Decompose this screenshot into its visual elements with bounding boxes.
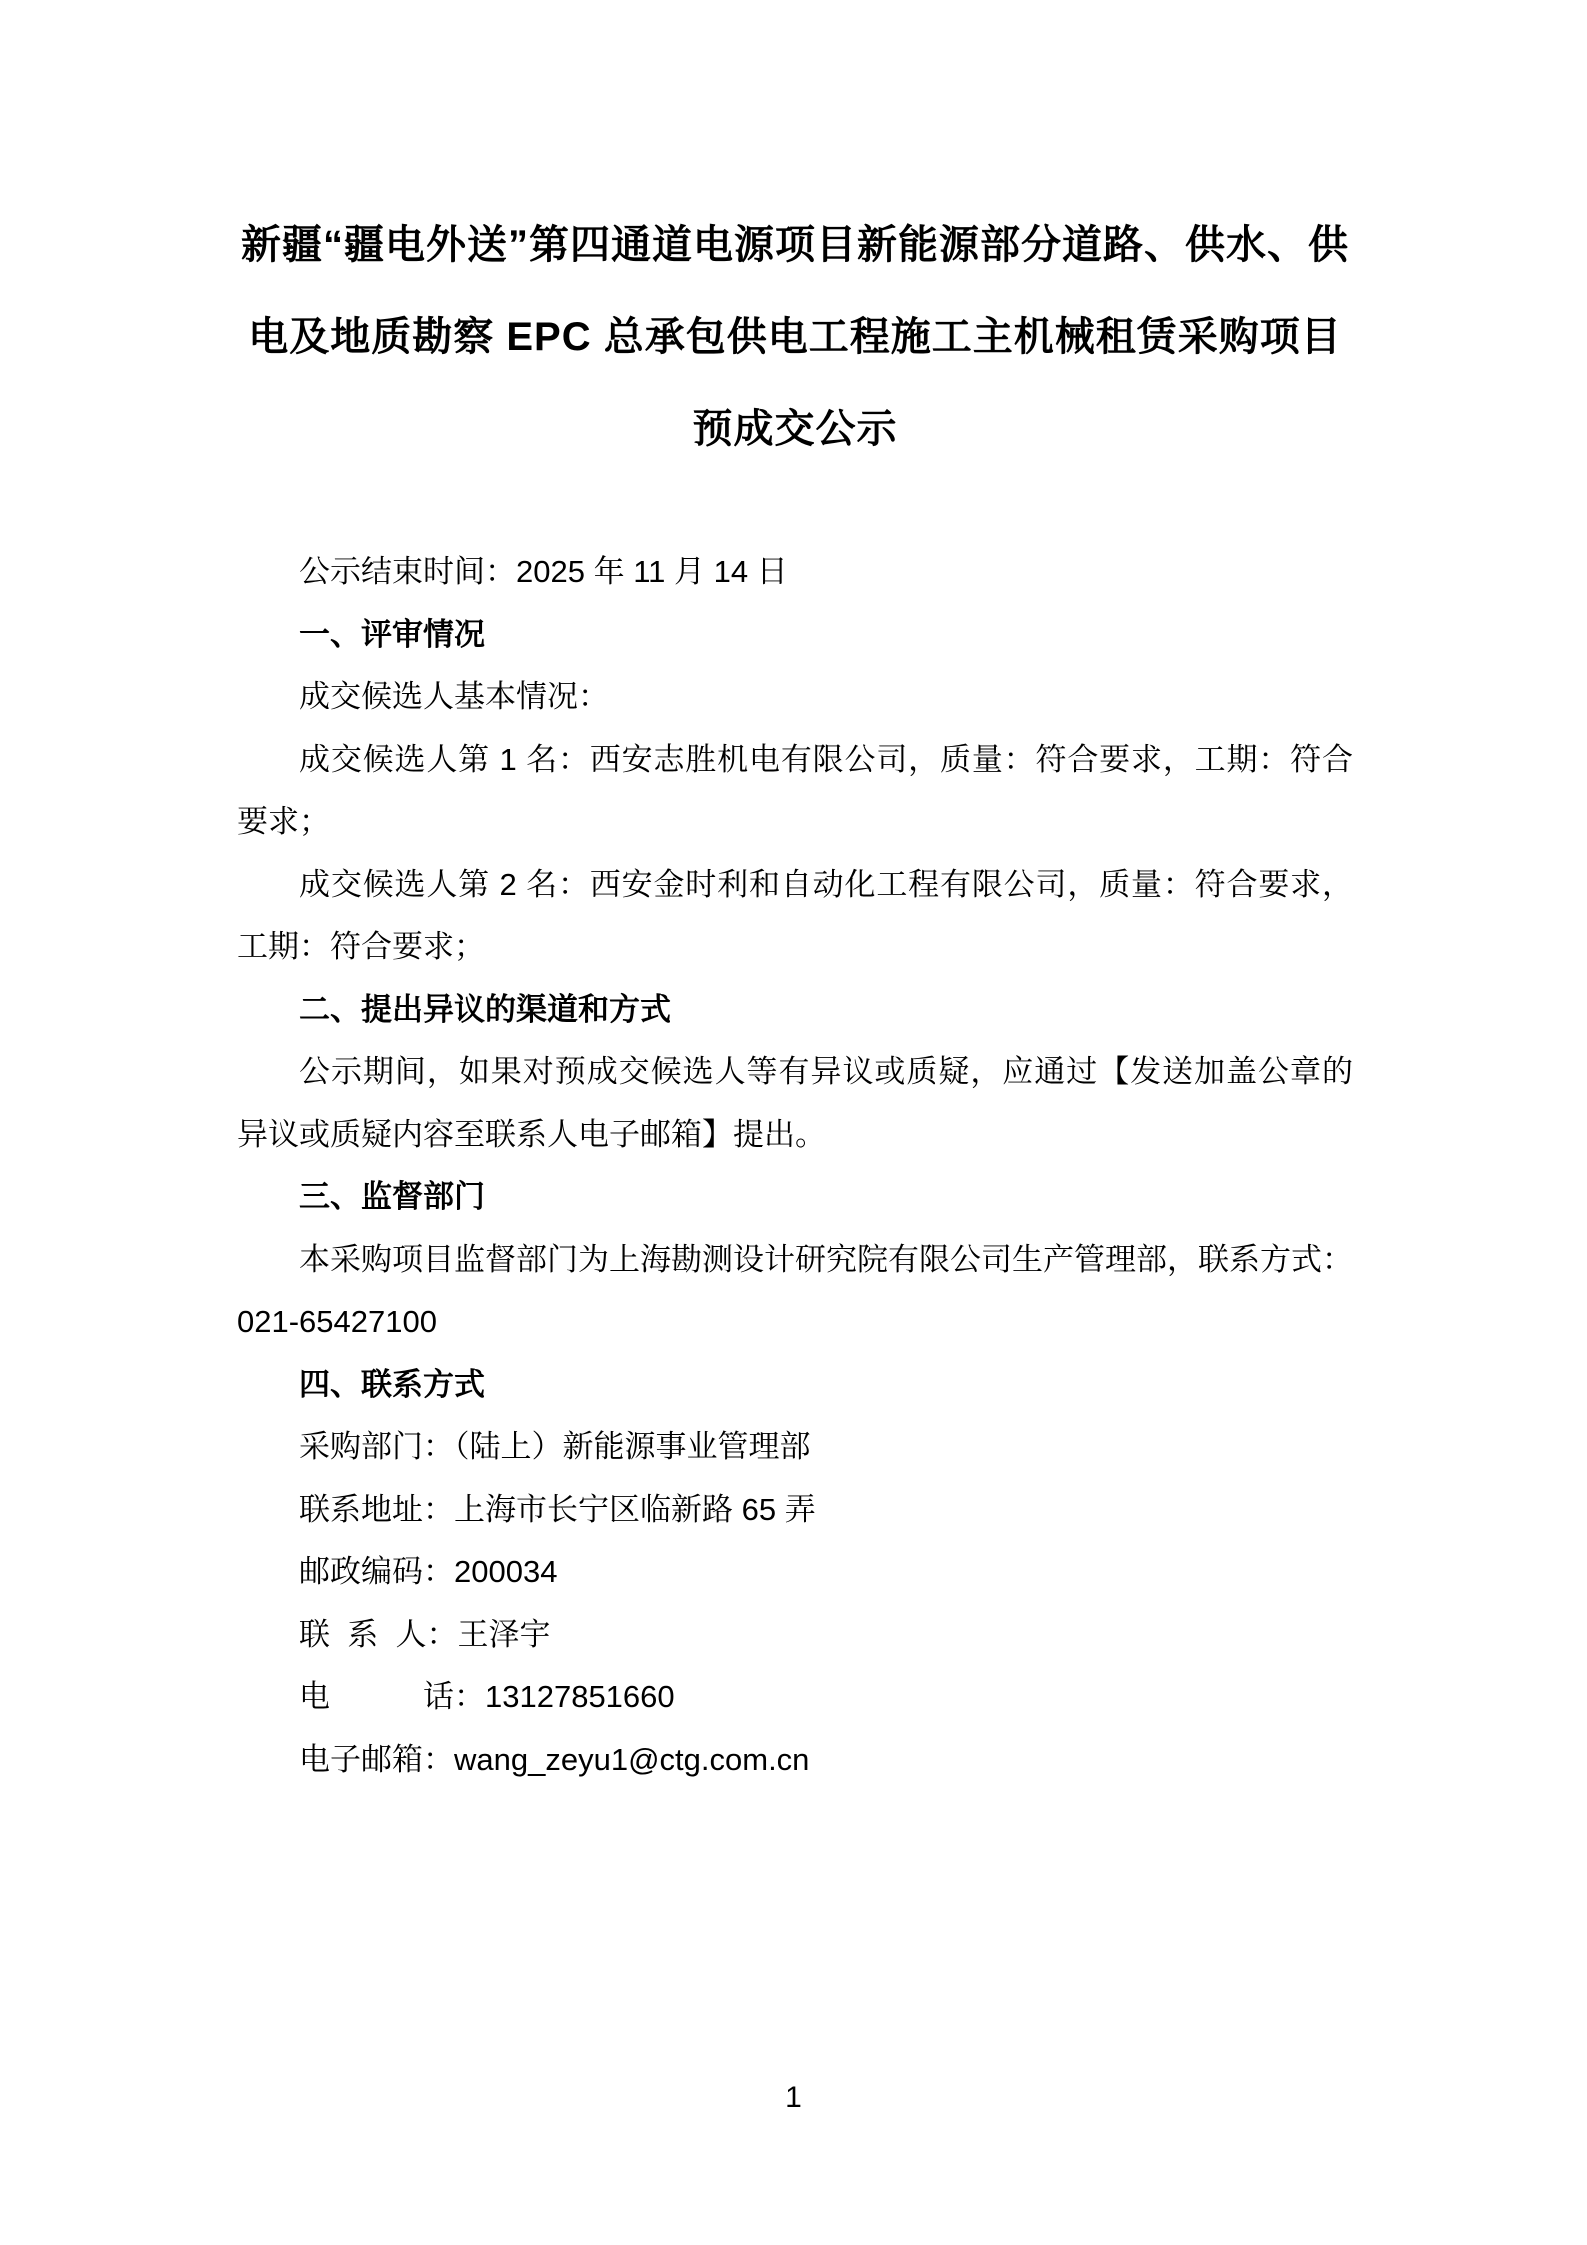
document-body: 公示结束时间：2025 年 11 月 14 日 一、评审情况 成交候选人基本情况… bbox=[237, 541, 1353, 1791]
title-line-2: 电及地质勘察 EPC 总承包供电工程施工主机械租赁采购项目 bbox=[237, 291, 1353, 383]
publicity-end-date: 公示结束时间：2025 年 11 月 14 日 bbox=[237, 541, 1353, 604]
objection-paragraph-line-1: 公示期间，如果对预成交候选人等有异议或质疑，应通过【发送加盖公章的 bbox=[237, 1041, 1353, 1104]
contact-email: 电子邮箱：wang_zeyu1@ctg.com.cn bbox=[237, 1729, 1353, 1792]
heading-supervision-dept: 三、监督部门 bbox=[237, 1166, 1353, 1229]
candidate-2-line-1: 成交候选人第 2 名：西安金时利和自动化工程有限公司，质量：符合要求， bbox=[237, 854, 1353, 917]
contact-person: 联 系 人：王泽宇 bbox=[237, 1604, 1353, 1667]
candidates-intro: 成交候选人基本情况： bbox=[237, 666, 1353, 729]
objection-paragraph-line-2: 异议或质疑内容至联系人电子邮箱】提出。 bbox=[237, 1104, 1353, 1167]
candidate-2-line-2: 工期：符合要求； bbox=[237, 916, 1353, 979]
heading-review-status: 一、评审情况 bbox=[237, 604, 1353, 667]
document-page: 新疆“疆电外送”第四通道电源项目新能源部分道路、供水、供 电及地质勘察 EPC … bbox=[0, 0, 1587, 2245]
title-line-1: 新疆“疆电外送”第四通道电源项目新能源部分道路、供水、供 bbox=[237, 199, 1353, 291]
procurement-dept: 采购部门：（陆上）新能源事业管理部 bbox=[237, 1416, 1353, 1479]
contact-address: 联系地址：上海市长宁区临新路 65 弄 bbox=[237, 1479, 1353, 1542]
heading-contact-info: 四、联系方式 bbox=[237, 1354, 1353, 1417]
candidate-1-line-1: 成交候选人第 1 名：西安志胜机电有限公司，质量：符合要求，工期：符合 bbox=[237, 729, 1353, 792]
postal-code: 邮政编码：200034 bbox=[237, 1541, 1353, 1604]
supervision-phone: 021-65427100 bbox=[237, 1291, 1353, 1354]
page-number: 1 bbox=[0, 2083, 1587, 2113]
title-line-3: 预成交公示 bbox=[237, 383, 1353, 475]
contact-phone: 电 话：13127851660 bbox=[237, 1666, 1353, 1729]
document-title: 新疆“疆电外送”第四通道电源项目新能源部分道路、供水、供 电及地质勘察 EPC … bbox=[237, 199, 1353, 475]
document-content: 新疆“疆电外送”第四通道电源项目新能源部分道路、供水、供 电及地质勘察 EPC … bbox=[237, 199, 1353, 1791]
candidate-1-line-2: 要求； bbox=[237, 791, 1353, 854]
supervision-paragraph-line-1: 本采购项目监督部门为上海勘测设计研究院有限公司生产管理部，联系方式： bbox=[237, 1229, 1353, 1292]
heading-objection-channel: 二、提出异议的渠道和方式 bbox=[237, 979, 1353, 1042]
